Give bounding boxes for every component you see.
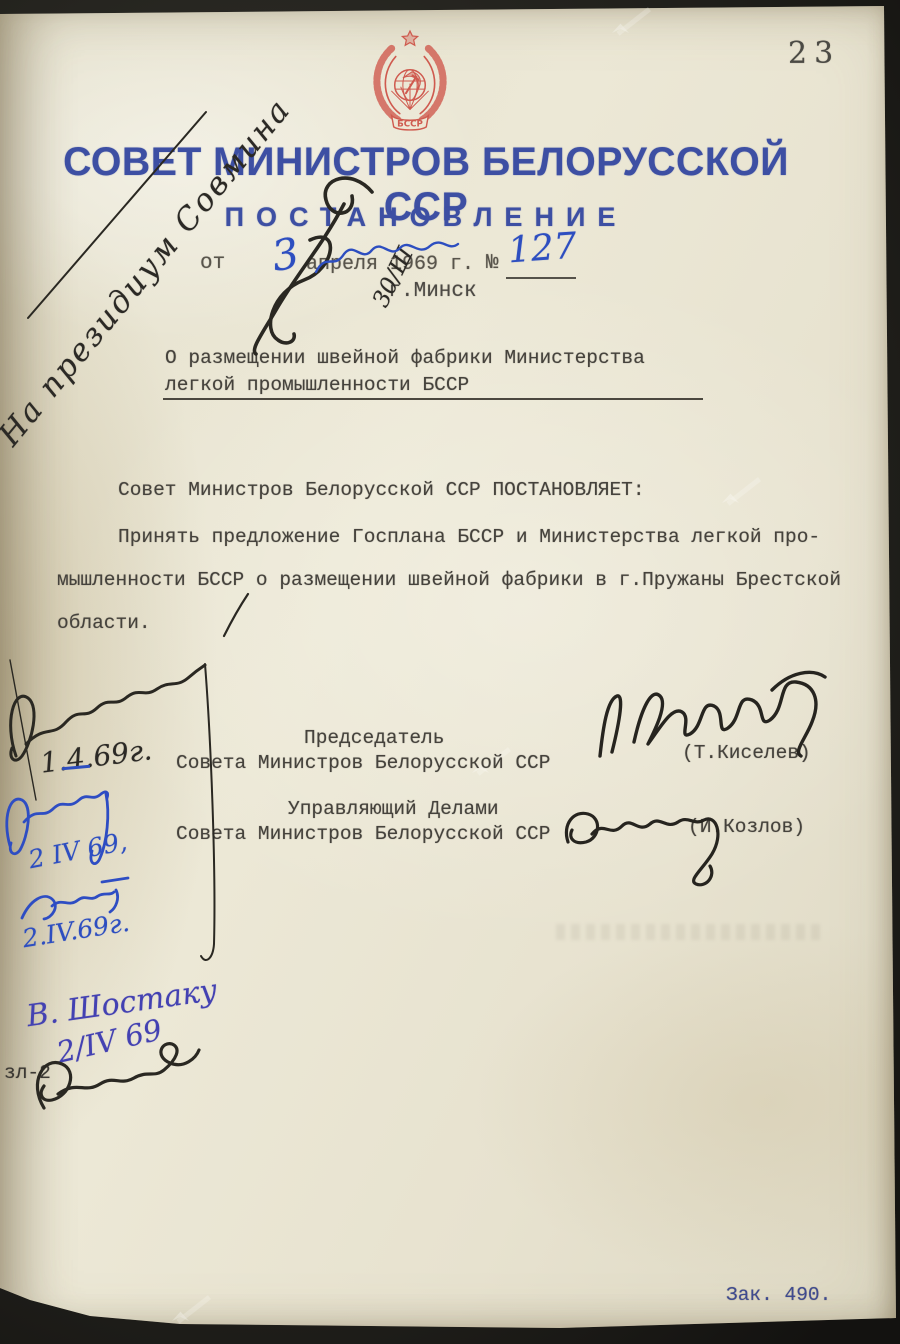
doc-number-underline — [506, 277, 576, 279]
emblem-caption: БССР — [397, 119, 423, 129]
bssr-coat-of-arms-icon: БССР — [360, 28, 460, 134]
signatory-1-post-line-1: Председатель — [304, 727, 444, 749]
typist-code: зл-2 — [4, 1062, 51, 1084]
page-number: 23 — [788, 36, 840, 71]
body-line-3: области. — [57, 612, 151, 634]
date-from-label: от — [200, 252, 225, 275]
scanned-document: 23 БССР СОВЕТ МИНИСТРОВ БЕЛОРУССКОЙ ССР … — [0, 0, 900, 1344]
subject-underline — [163, 398, 703, 400]
numero-sign: № — [486, 252, 499, 275]
signatory-2-post-line-1: Управляющий Делами — [288, 798, 499, 820]
body-line-1: Принять предложение Госплана БССР и Мини… — [118, 526, 820, 548]
doc-type-title: ПОСТАНОВЛЕНИЕ — [20, 202, 832, 233]
signatory-2-name-typed: (И.Козлов) — [688, 816, 805, 838]
signatory-2-post-line-2: Совета Министров Белорусской ССР — [176, 823, 550, 845]
bleedthrough-smudge — [556, 924, 826, 940]
body-line-2: мышленности БССР о размещении швейной фа… — [57, 569, 841, 591]
subject-line-1: О размещении швейной фабрики Министерств… — [165, 347, 645, 369]
handwritten-doc-number: 127 — [507, 226, 578, 272]
subject-line-2: легкой промышленности БССР — [165, 374, 469, 396]
resolution-intro: Совет Министров Белорусской ССР ПОСТАНОВ… — [118, 479, 645, 501]
signatory-1-name-typed: (Т.Киселев) — [682, 742, 811, 764]
footer-order-number: Зак. 490. — [726, 1284, 831, 1306]
signatory-1-post-line-2: Совета Министров Белорусской ССР — [176, 752, 550, 774]
